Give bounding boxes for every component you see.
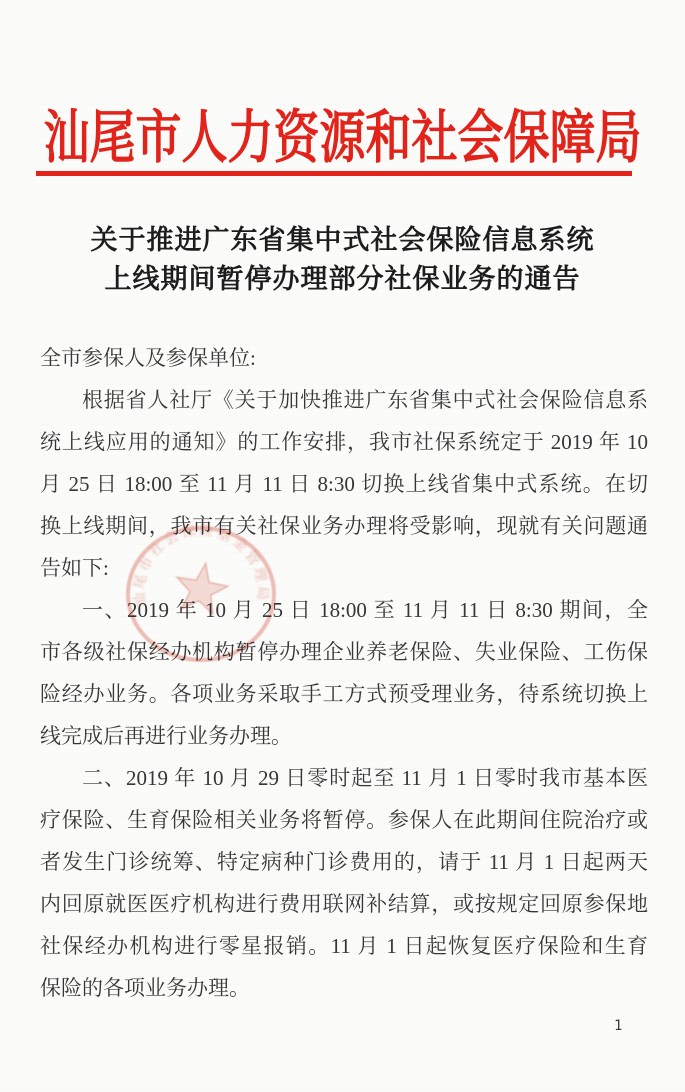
body-line: 疗保险、生育保险相关业务将暂停。参保人在此期间住院治疗或	[40, 799, 648, 841]
body-line: 保险的各项业务办理。	[40, 967, 648, 1009]
body-line: 市各级社保经办机构暂停办理企业养老保险、失业保险、工伤保	[40, 631, 648, 673]
masthead-divider-rule	[36, 171, 632, 176]
body-line: 告如下:	[40, 547, 648, 589]
body-line: 月 25 日 18:00 至 11 月 11 日 8:30 切换上线省集中式系统…	[40, 463, 648, 505]
body-line: 全市参保人及参保单位:	[40, 337, 648, 379]
body-text: 全市参保人及参保单位:根据省人社厅《关于加快推进广东省集中式社会保险信息系统上线…	[40, 337, 648, 1009]
notice-title-line1: 关于推进广东省集中式社会保险信息系统	[0, 221, 685, 260]
body-line: 换上线期间，我市有关社保业务办理将受影响，现就有关问题通	[40, 505, 648, 547]
notice-title-line2: 上线期间暂停办理部分社保业务的通告	[0, 260, 685, 299]
body-line: 内回原就医医疗机构进行费用联网补结算，或按规定回原参保地	[40, 883, 648, 925]
body-line: 一、2019 年 10 月 25 日 18:00 至 11 月 11 日 8:3…	[40, 589, 648, 631]
body-line: 根据省人社厅《关于加快推进广东省集中式社会保险信息系	[40, 379, 648, 421]
agency-masthead: 汕尾市人力资源和社会保障局	[0, 92, 685, 175]
page-number: 1	[614, 1018, 622, 1034]
body-line: 统上线应用的通知》的工作安排，我市社保系统定于 2019 年 10	[40, 421, 648, 463]
notice-title: 关于推进广东省集中式社会保险信息系统 上线期间暂停办理部分社保业务的通告	[0, 221, 685, 299]
body-line: 险经办业务。各项业务采取手工方式预受理业务，待系统切换上	[40, 673, 648, 715]
document-page: 汕尾市人力资源和社会保障局 关于推进广东省集中式社会保险信息系统 上线期间暂停办…	[0, 0, 685, 1092]
body-line: 社保经办机构进行零星报销。11 月 1 日起恢复医疗保险和生育	[40, 925, 648, 967]
body-line: 线完成后再进行业务办理。	[40, 715, 648, 757]
body-line: 者发生门诊统筹、特定病种门诊费用的，请于 11 月 1 日起两天	[40, 841, 648, 883]
body-line: 二、2019 年 10 月 29 日零时起至 11 月 1 日零时我市基本医	[40, 757, 648, 799]
